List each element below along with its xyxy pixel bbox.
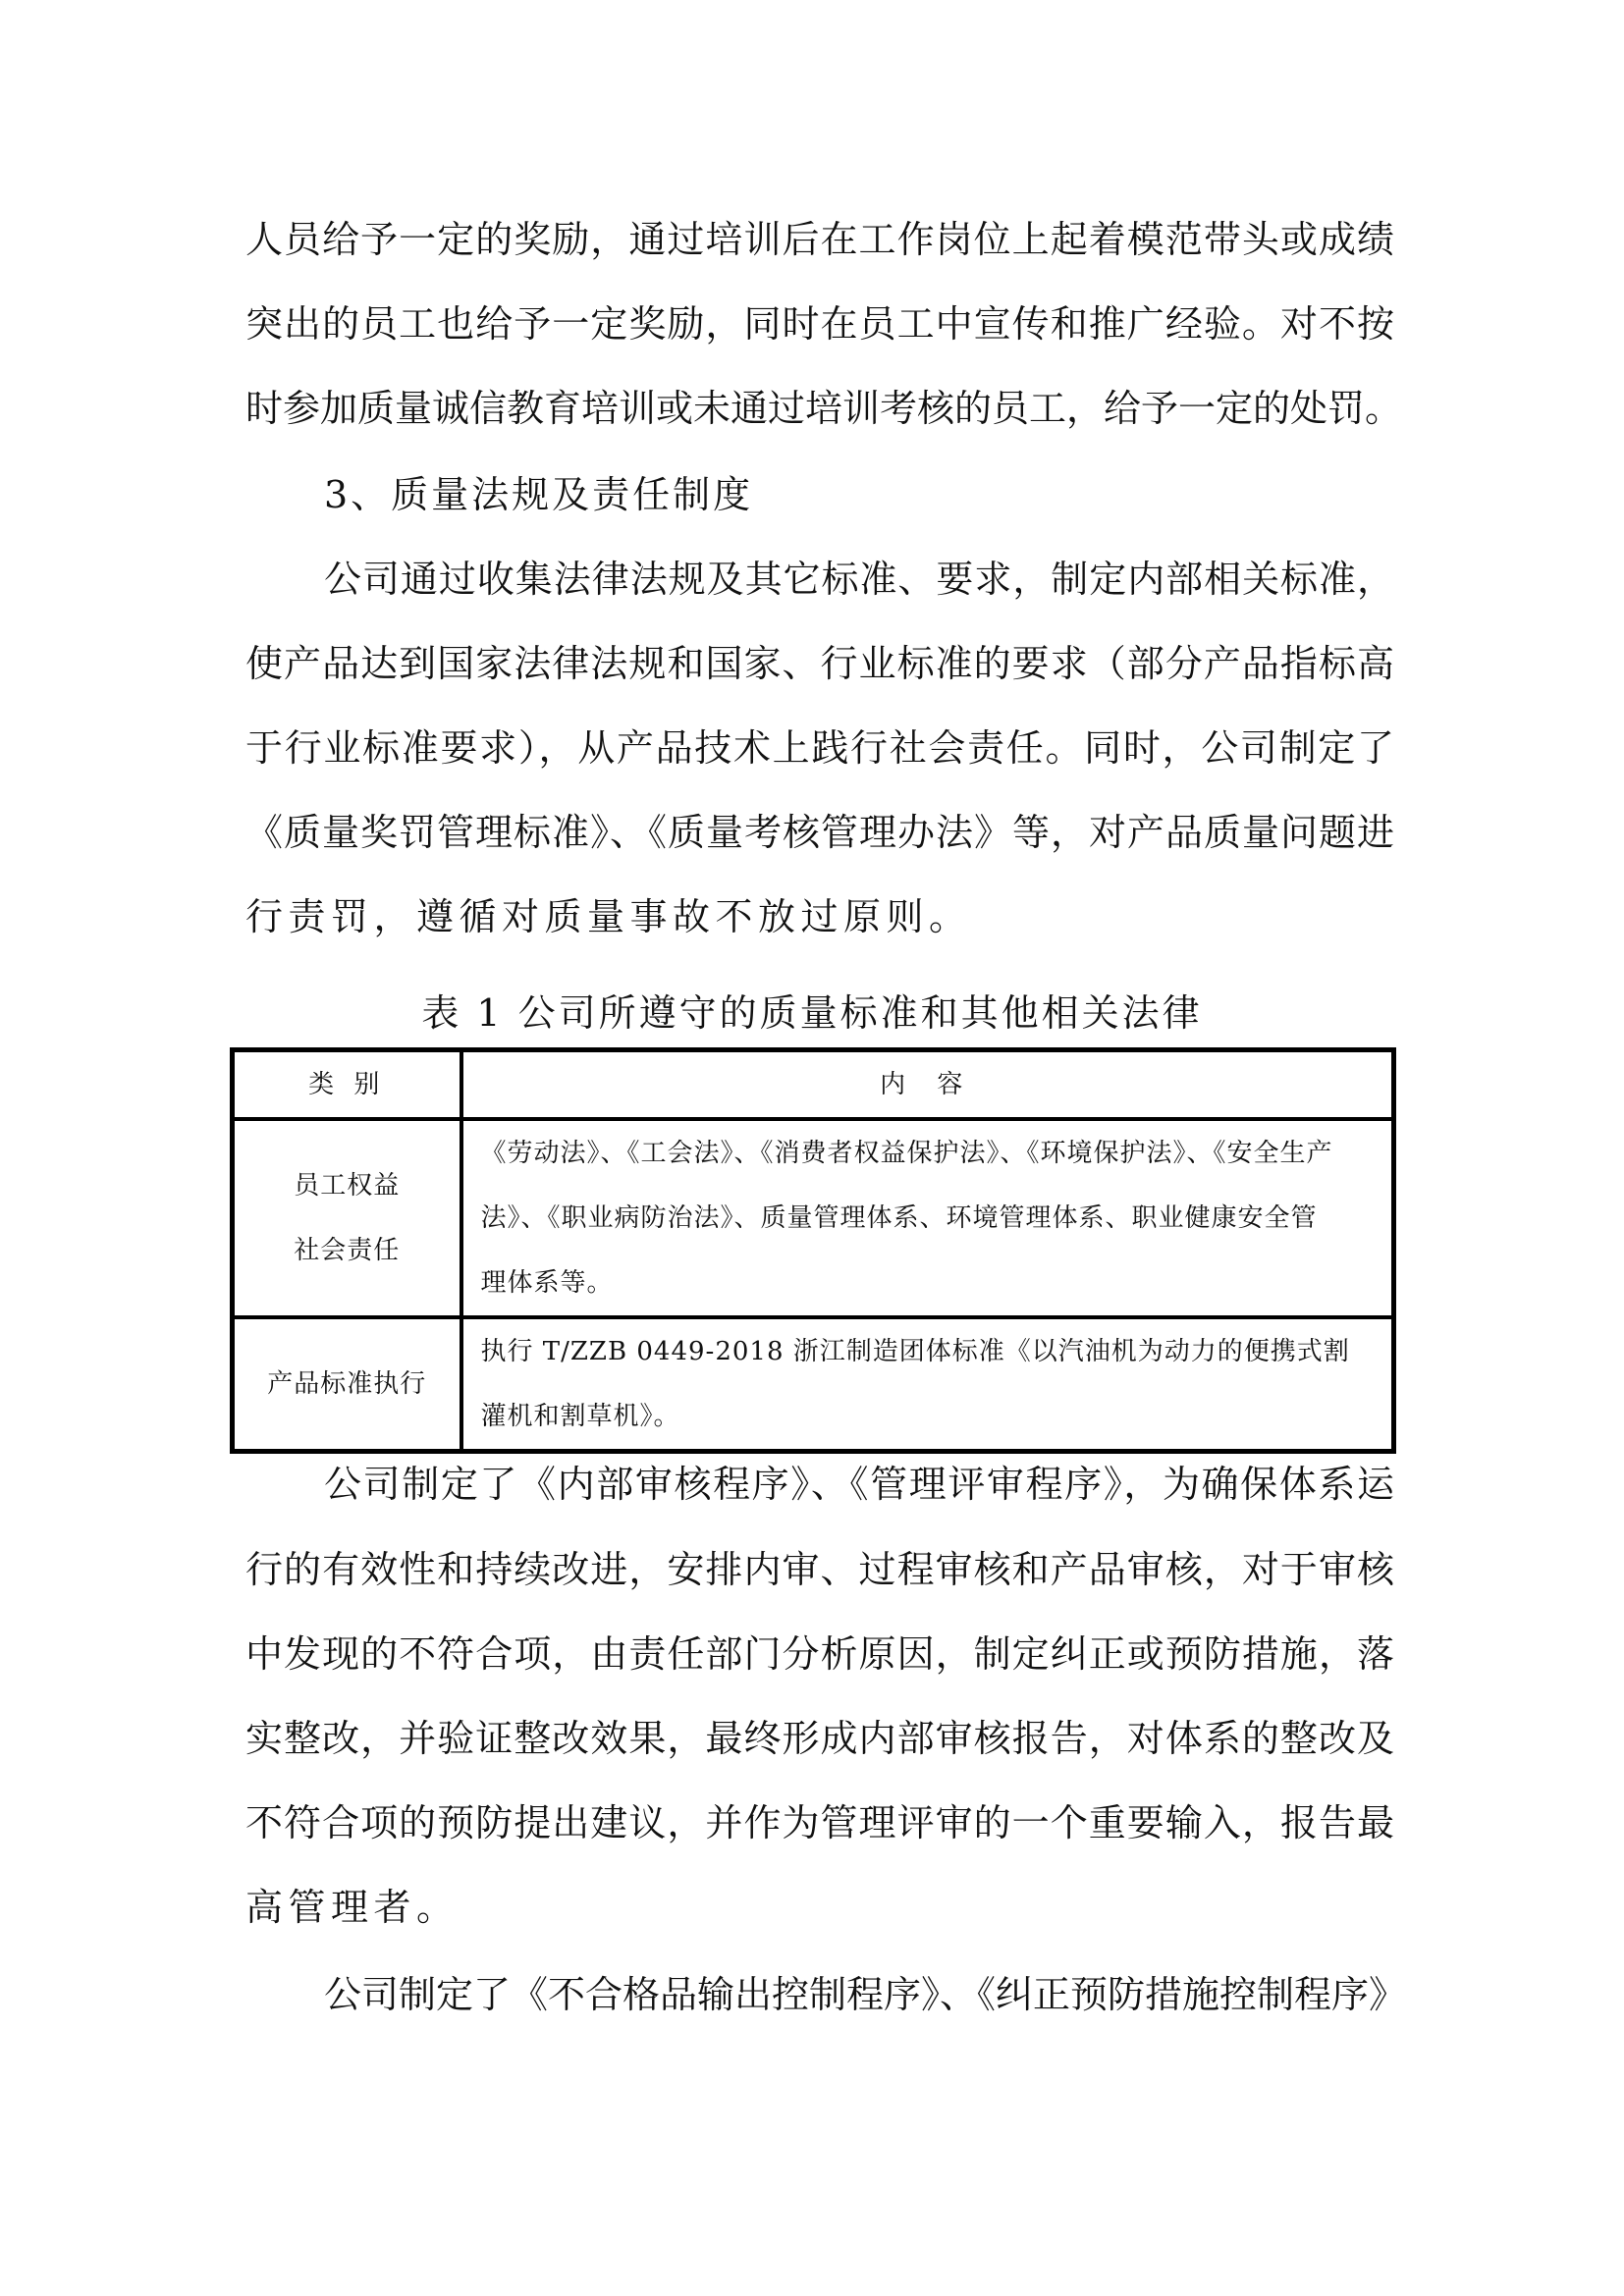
header-category: 类 别 [233,1050,461,1120]
paragraph-3-line-3: 中发现的不符合项，由责任部门分析原因，制定纠正或预防措施，落 [245,1632,1394,1676]
paragraph-1-line-3: 时参加质量诚信教育培训或未通过培训考核的员工，给予一定的处罚。 [245,387,1394,430]
paragraph-3-line-2: 行的有效性和持续改进，安排内审、过程审核和产品审核，对于审核 [245,1548,1394,1591]
content-line: 执行 T/ZZB 0449-2018 浙江制造团体标准《以汽油机为动力的便携式割 [481,1319,1380,1384]
paragraph-2-line-1: 公司通过收集法律法规及其它标准、要求，制定内部相关标准， [324,558,1394,601]
paragraph-1-line-2: 突出的员工也给予一定奖励，同时在员工中宣传和推广经验。对不按 [245,302,1394,346]
paragraph-2-line-2: 使产品达到国家法律法规和国家、行业标准的要求（部分产品指标高 [245,642,1394,685]
category-cell: 员工权益 社会责任 [233,1119,461,1317]
table-header-row: 类 别 内 容 [233,1050,1394,1120]
paragraph-3-line-6: 高管理者。 [245,1886,1394,1929]
paragraph-2-line-4: 《质量奖罚管理标准》、《质量考核管理办法》等，对产品质量问题进 [245,811,1394,854]
section-heading: 3、质量法规及责任制度 [324,473,1473,516]
header-content: 内 容 [461,1050,1394,1120]
paragraph-1-line-1: 人员给予一定的奖励，通过培训后在工作岗位上起着模范带头或成绩 [245,218,1394,261]
content-line: 《劳动法》、《工会法》、《消费者权益保护法》、《环境保护法》、《安全生产 [481,1121,1380,1186]
paragraph-2-line-3: 于行业标准要求），从产品技术上践行社会责任。同时，公司制定了 [245,726,1394,770]
paragraph-3-line-5: 不符合项的预防提出建议，并作为管理评审的一个重要输入，报告最 [245,1801,1394,1844]
table-row: 员工权益 社会责任 《劳动法》、《工会法》、《消费者权益保护法》、《环境保护法》… [233,1119,1394,1317]
content-line: 法》、《职业病防治法》、质量管理体系、环境管理体系、职业健康安全管 [481,1186,1380,1251]
document-page: 人员给予一定的奖励，通过培训后在工作岗位上起着模范带头或成绩 突出的员工也给予一… [0,0,1624,2296]
category-line: 员工权益 [235,1153,460,1218]
content-cell: 《劳动法》、《工会法》、《消费者权益保护法》、《环境保护法》、《安全生产 法》、… [461,1119,1394,1317]
content-line: 理体系等。 [481,1251,1380,1315]
paragraph-3-line-4: 实整改，并验证整改效果，最终形成内部审核报告，对体系的整改及 [245,1717,1394,1760]
standards-table: 类 别 内 容 员工权益 社会责任 《劳动法》、《工会法》、《消费者权益保护法》… [230,1047,1396,1454]
category-line: 产品标准执行 [235,1352,460,1416]
category-line: 社会责任 [235,1218,460,1283]
paragraph-2-line-5: 行责罚，遵循对质量事故不放过原则。 [245,895,1394,938]
content-line: 灌机和割草机》。 [481,1384,1380,1449]
category-cell: 产品标准执行 [233,1317,461,1452]
table-row: 产品标准执行 执行 T/ZZB 0449-2018 浙江制造团体标准《以汽油机为… [233,1317,1394,1452]
table-caption: 表 1 公司所遵守的质量标准和其他相关法律 [230,991,1394,1035]
paragraph-3-line-1: 公司制定了《内部审核程序》、《管理评审程序》，为确保体系运 [324,1463,1394,1506]
content-cell: 执行 T/ZZB 0449-2018 浙江制造团体标准《以汽油机为动力的便携式割… [461,1317,1394,1452]
paragraph-4-line-1: 公司制定了《不合格品输出控制程序》、《纠正预防措施控制程序》 [324,1973,1394,2016]
